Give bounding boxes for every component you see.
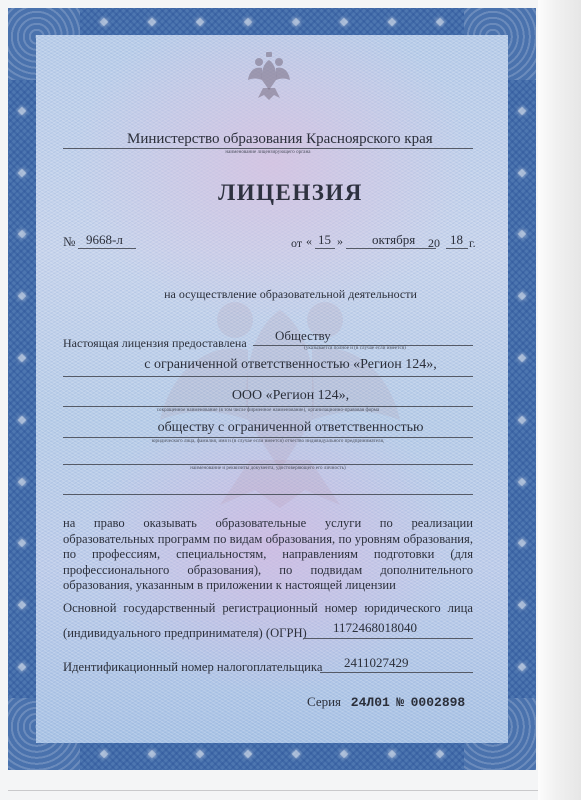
license-year: 18 [450,232,463,248]
day-underline [315,248,335,249]
license-rights-text: на право оказывать образовательные услуг… [63,516,473,594]
day-open-quote: « [306,234,312,249]
license-month: октября [372,232,415,248]
grantee-id-document-underline [63,464,473,465]
border-pattern-top [80,16,464,28]
serial-number: 0002898 [411,695,466,710]
day-close-quote: » [337,234,343,249]
ogrn-label-line1: Основной государственный регистрационный… [63,601,473,616]
grantee-legal-form-underline [63,437,473,438]
series-label: Серия [307,694,341,709]
grantee-intro: Настоящая лицензия предоставлена [63,336,247,351]
grantee-full-name-line2: с ограниченной ответственностью «Регион … [0,357,581,373]
license-day: 15 [318,232,331,248]
scan-edge-line [8,790,538,791]
grantee-extra-underline [63,494,473,495]
grantee-legal-form-caption: юридического лица, фамилия, имя и (в слу… [63,439,473,444]
grantee-short-name: ООО «Регион 124», [0,388,581,404]
grantee-full-name-caption: (указывается полное и (в случае если име… [285,346,425,351]
year-prefix: 20 [428,236,440,251]
license-purpose: на осуществление образовательной деятель… [0,287,581,302]
license-number: 9668-л [86,232,123,248]
grantee-full-name-line1: Обществу [275,328,331,344]
grantee-short-name-caption: сокращенное наименование (в том числе фи… [63,408,473,413]
grantee-full-name-underline2 [63,376,473,377]
inn-label: Идентификационный номер налогоплательщик… [63,660,322,675]
grantee-legal-form: обществу с ограниченной ответственностью [0,420,581,436]
year-underline [446,248,468,249]
serial-number-label: № [396,695,404,710]
ogrn-label-line2: (индивидуального предпринимателя) (ОГРН) [63,626,307,641]
month-underline [346,248,436,249]
grantee-id-document-caption: наименование и реквизиты документа, удос… [63,466,473,471]
document-title: ЛИЦЕНЗИЯ [0,180,581,206]
inn-underline [320,672,473,673]
form-serial: Серия 24Л01 № 0002898 [307,694,465,710]
double-headed-eagle-emblem-icon [246,50,292,102]
inn-value: 2411027429 [344,655,409,671]
series-code: 24Л01 [351,695,390,710]
authority-caption: наименование лицензирующего органа [63,150,473,155]
year-unit: г. [469,236,476,251]
number-label: № [63,234,75,250]
authority-underline [63,148,473,149]
grantee-short-name-underline [63,406,473,407]
licensing-authority: Министерство образования Красноярского к… [127,131,433,148]
date-prefix: от [291,236,302,251]
ogrn-value: 1172468018040 [333,620,417,636]
license-number-underline [78,248,136,249]
border-pattern-bottom [80,748,464,760]
ogrn-underline [303,638,473,639]
